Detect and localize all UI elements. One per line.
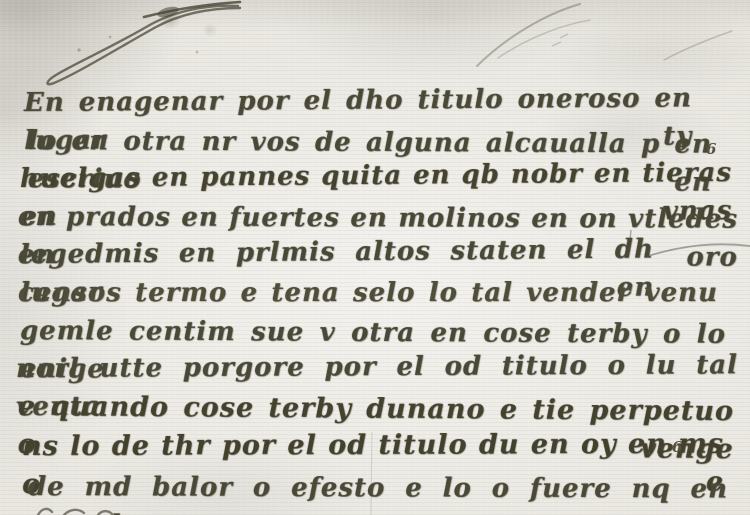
manuscript-line: norl utte porgore por el od titulo o lu … — [16, 346, 738, 390]
ink-blob — [156, 5, 180, 20]
manuscript-line: de md balor o efesto e lo o fuere nq en … — [28, 468, 728, 510]
hatch-stroke — [498, 20, 590, 58]
manuscript-line: legedmis en prlmis altos staten el dh lu… — [20, 230, 654, 276]
ink-speck — [109, 36, 112, 39]
ink-speck — [77, 48, 80, 51]
superscript-mark: 6 — [672, 438, 682, 456]
hatch-stroke — [664, 31, 732, 60]
hatch-ticks — [552, 34, 568, 46]
flourish-cross-stroke — [144, 2, 240, 17]
ink-speck — [196, 51, 199, 54]
manuscript-line: ns lo de thr por el od titulo du en oy e… — [22, 426, 724, 468]
superscript-mark: 6 — [706, 140, 716, 158]
manuscript-page: En enagenar por el dho titulo oneroso en… — [0, 0, 750, 515]
manuscript-line: censos termo e tena selo lo tal vender v… — [18, 274, 718, 314]
hatch-stroke — [477, 4, 580, 66]
flourish-loop — [47, 6, 240, 85]
manuscript-line: huelgas en pannes quita en qb nobr en ti… — [20, 154, 732, 200]
manuscript-line: En enagenar por el dho titulo oneroso en… — [24, 79, 692, 124]
